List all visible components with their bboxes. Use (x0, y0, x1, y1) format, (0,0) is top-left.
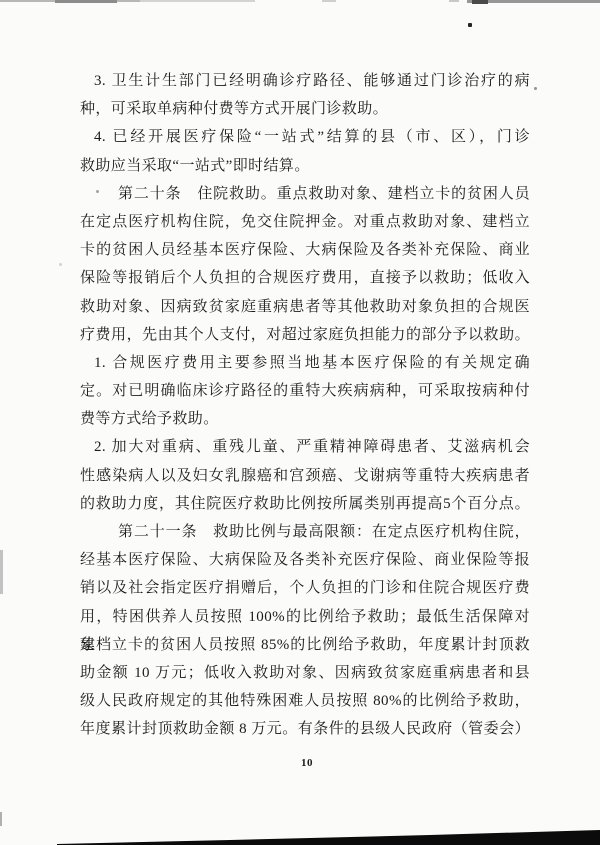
document-line: 2. 加大对重病、重残儿童、严重精神障碍患者、艾滋病机会 (80, 433, 530, 461)
document-line: 疗费用，先由其个人支付，对超过家庭负担能力的部分予以救助。 (80, 321, 530, 349)
document-line: 助金额 10 万元；低收入救助对象、因病致贫家庭重病患者和县 (80, 659, 530, 687)
scan-edge-artifact-bottom (0, 828, 600, 845)
scan-edge-artifact-top (55, 0, 117, 3)
document-line: 1. 合规医疗费用主要参照当地基本医疗保险的有关规定确 (80, 349, 530, 377)
document-line: 4. 已经开展医疗保险“一站式”结算的县（市、区），门诊 (80, 123, 530, 151)
scan-edge-artifact-left (0, 550, 3, 594)
document-line: 的救助力度，其住院医疗救助比例按所属类别再提高5个百分点。 (80, 490, 530, 518)
document-line: 性感染病人以及妇女乳腺癌和宫颈癌、戈谢病等重特大疾病患者 (80, 462, 530, 490)
document-line: 保险等报销后个人负担的合规医疗费用，直接予以救助；低收入 (80, 264, 530, 292)
document-line: 年度累计封顶救助金额 8 万元。有条件的县级人民政府（管委会） (80, 715, 530, 743)
document-line: 救助对象、因病致贫家庭重病患者等其他救助对象负担的合规医 (80, 293, 530, 321)
document-line: 第二十条 住院救助。重点救助对象、建档立卡的贫困人员 (80, 180, 530, 208)
document-line: 救助应当采取“一站式”即时结算。 (80, 152, 530, 180)
document-body: 3. 卫生计生部门已经明确诊疗路径、能够通过门诊治疗的病种，可采取单病种付费等方… (80, 67, 530, 744)
document-line: 第二十一条 救助比例与最高限额：在定点医疗机构住院， (80, 518, 530, 546)
scanned-document-page: 3. 卫生计生部门已经明确诊疗路径、能够通过门诊治疗的病种，可采取单病种付费等方… (0, 0, 600, 845)
document-line: 级人民政府规定的其他特殊困难人员按照 80%的比例给予救助， (80, 687, 530, 715)
document-line: 种，可采取单病种付费等方式开展门诊救助。 (80, 95, 530, 123)
scan-edge-artifact-top (140, 0, 255, 2)
scan-speck (534, 87, 537, 90)
document-line: 在定点医疗机构住院，免交住院押金。对重点救助对象、建档立 (80, 208, 530, 236)
document-line: 卡的贫困人员经基本医疗保险、大病保险及各类补充保险、商业 (80, 236, 530, 264)
scan-speck (468, 23, 472, 27)
scan-speck (59, 263, 62, 266)
scan-edge-artifact-top (472, 0, 488, 4)
document-line: 定。对已明确临床诊疗路径的重特大疾病病种，可采取按病种付 (80, 377, 530, 405)
scan-edge-artifact-top (322, 0, 336, 2)
document-line: 3. 卫生计生部门已经明确诊疗路径、能够通过门诊治疗的病 (80, 67, 530, 95)
document-line: 销以及社会指定医疗捐赠后，个人负担的门诊和住院合规医疗费 (80, 574, 530, 602)
document-line: 建档立卡的贫困人员按照 85%的比例给予救助，年度累计封顶救 (80, 631, 530, 659)
document-line: 用，特困供养人员按照 100%的比例给予救助；最低生活保障对象、 (80, 603, 530, 631)
scan-edge-artifact-left (0, 812, 2, 826)
document-line: 经基本医疗保险、大病保险及各类补充医疗保险、商业保险等报 (80, 546, 530, 574)
document-line: 费等方式给予救助。 (80, 405, 530, 433)
scan-edge-artifact-top (449, 0, 459, 2)
page-number: 10 (0, 757, 600, 769)
